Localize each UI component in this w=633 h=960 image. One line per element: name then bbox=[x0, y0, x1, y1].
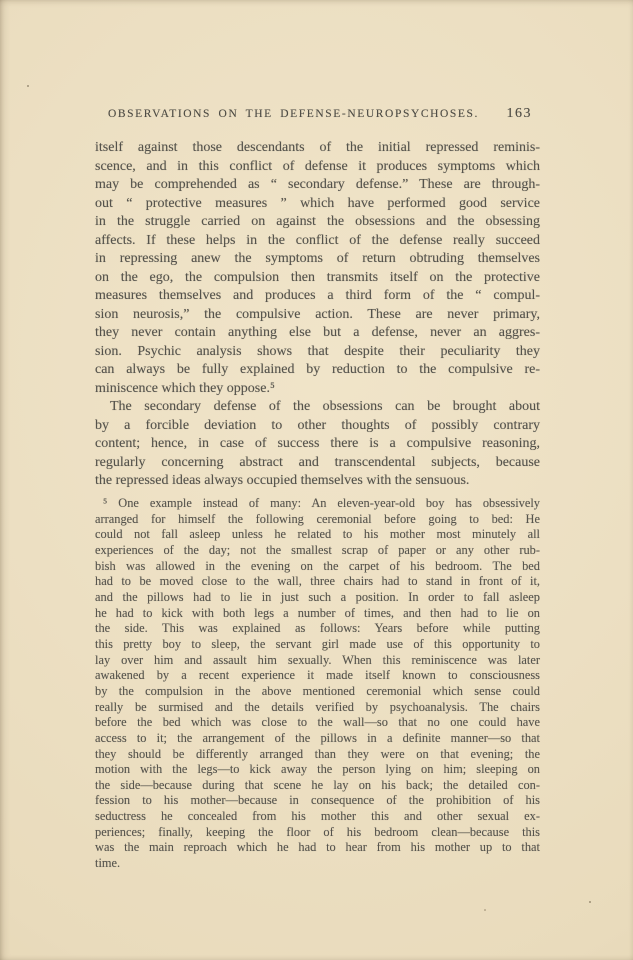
text-line: in the struggle carried on against the o… bbox=[95, 213, 540, 232]
text-line: really be surmised and the details verif… bbox=[95, 700, 540, 716]
text-line: bish was allowed in the evening on the c… bbox=[95, 559, 540, 575]
text-line: measures themselves and produces a third… bbox=[95, 287, 540, 306]
text-line: awakened by a recent experience it made … bbox=[95, 668, 540, 684]
text-line: in repressing anew the symptoms of retur… bbox=[95, 250, 540, 269]
text-line: can always be fully explained by reducti… bbox=[95, 361, 540, 380]
text-line: scence, and in this conflict of defense … bbox=[95, 158, 540, 177]
text-line: the repressed ideas always occupied them… bbox=[95, 472, 540, 491]
scanned-book-page: OBSERVATIONS ON THE DEFENSE-NEUROPSYCHOS… bbox=[0, 0, 633, 960]
text-line: motion with the legs—to kick away the pe… bbox=[95, 762, 540, 778]
text-line: before the bed which was close to the wa… bbox=[95, 715, 540, 731]
text-line: out “ protective measures ” which have p… bbox=[95, 195, 540, 214]
text-line: The secondary defense of the obsessions … bbox=[95, 398, 540, 417]
text-line: the side. This was explained as follows:… bbox=[95, 621, 540, 637]
text-line: sion. Psychic analysis shows that despit… bbox=[95, 343, 540, 362]
text-line: this pretty boy to sleep, the servant gi… bbox=[95, 637, 540, 653]
text-line: seductress he concealed from his mother … bbox=[95, 809, 540, 825]
text-line: they should be differently arranged than… bbox=[95, 747, 540, 763]
text-line: may be comprehended as “ secondary defen… bbox=[95, 176, 540, 195]
paragraph-2: The secondary defense of the obsessions … bbox=[95, 398, 540, 491]
text-line: itself against those descendants of the … bbox=[95, 139, 540, 158]
text-line: regularly concerning abstract and transc… bbox=[95, 454, 540, 473]
text-line: sion neurosis,” the compulsive action. T… bbox=[95, 306, 540, 325]
text-line: he had to kick with both legs a number o… bbox=[95, 606, 540, 622]
text-line: lay over him and assault him sexually. W… bbox=[95, 653, 540, 669]
text-line: access to it; the arrangement of the pil… bbox=[95, 731, 540, 747]
text-line: experiences of the day; not the smallest… bbox=[95, 543, 540, 559]
text-line: fession to his mother—because in consequ… bbox=[95, 793, 540, 809]
text-line: time. bbox=[95, 856, 540, 872]
main-text: itself against those descendants of the … bbox=[95, 139, 540, 491]
text-line: content; hence, in case of success there… bbox=[95, 435, 540, 454]
text-line: periences; finally, keeping the floor of… bbox=[95, 825, 540, 841]
text-line: by a forcible deviation to other thought… bbox=[95, 417, 540, 436]
paper-speck bbox=[484, 909, 486, 911]
text-line: the side—because during that scene he la… bbox=[95, 778, 540, 794]
text-line: and the pillows had to lie in just such … bbox=[95, 590, 540, 606]
text-line: by the compulsion in the above mentioned… bbox=[95, 684, 540, 700]
text-line: was the main reproach which he had to he… bbox=[95, 840, 540, 856]
paragraph-1: itself against those descendants of the … bbox=[95, 139, 540, 398]
running-title: OBSERVATIONS ON THE DEFENSE-NEUROPSYCHOS… bbox=[108, 108, 479, 120]
footnote: ⁵ One example instead of many: An eleven… bbox=[95, 496, 540, 872]
text-line: miniscence which they oppose.⁵ bbox=[95, 380, 540, 399]
text-line: could not fall asleep unless he related … bbox=[95, 527, 540, 543]
page-header: OBSERVATIONS ON THE DEFENSE-NEUROPSYCHOS… bbox=[95, 106, 540, 122]
paper-speck bbox=[27, 85, 29, 87]
text-line: affects. If these helps in the conflict … bbox=[95, 232, 540, 251]
text-line: they never contain anything else but a d… bbox=[95, 324, 540, 343]
page-number: 163 bbox=[507, 106, 533, 122]
paper-speck bbox=[589, 901, 591, 903]
text-line: arranged for himself the following cerem… bbox=[95, 512, 540, 528]
text-line: on the ego, the compulsion then transmit… bbox=[95, 269, 540, 288]
text-line: ⁵ One example instead of many: An eleven… bbox=[95, 496, 540, 512]
text-line: had to be moved close to the wall, three… bbox=[95, 574, 540, 590]
